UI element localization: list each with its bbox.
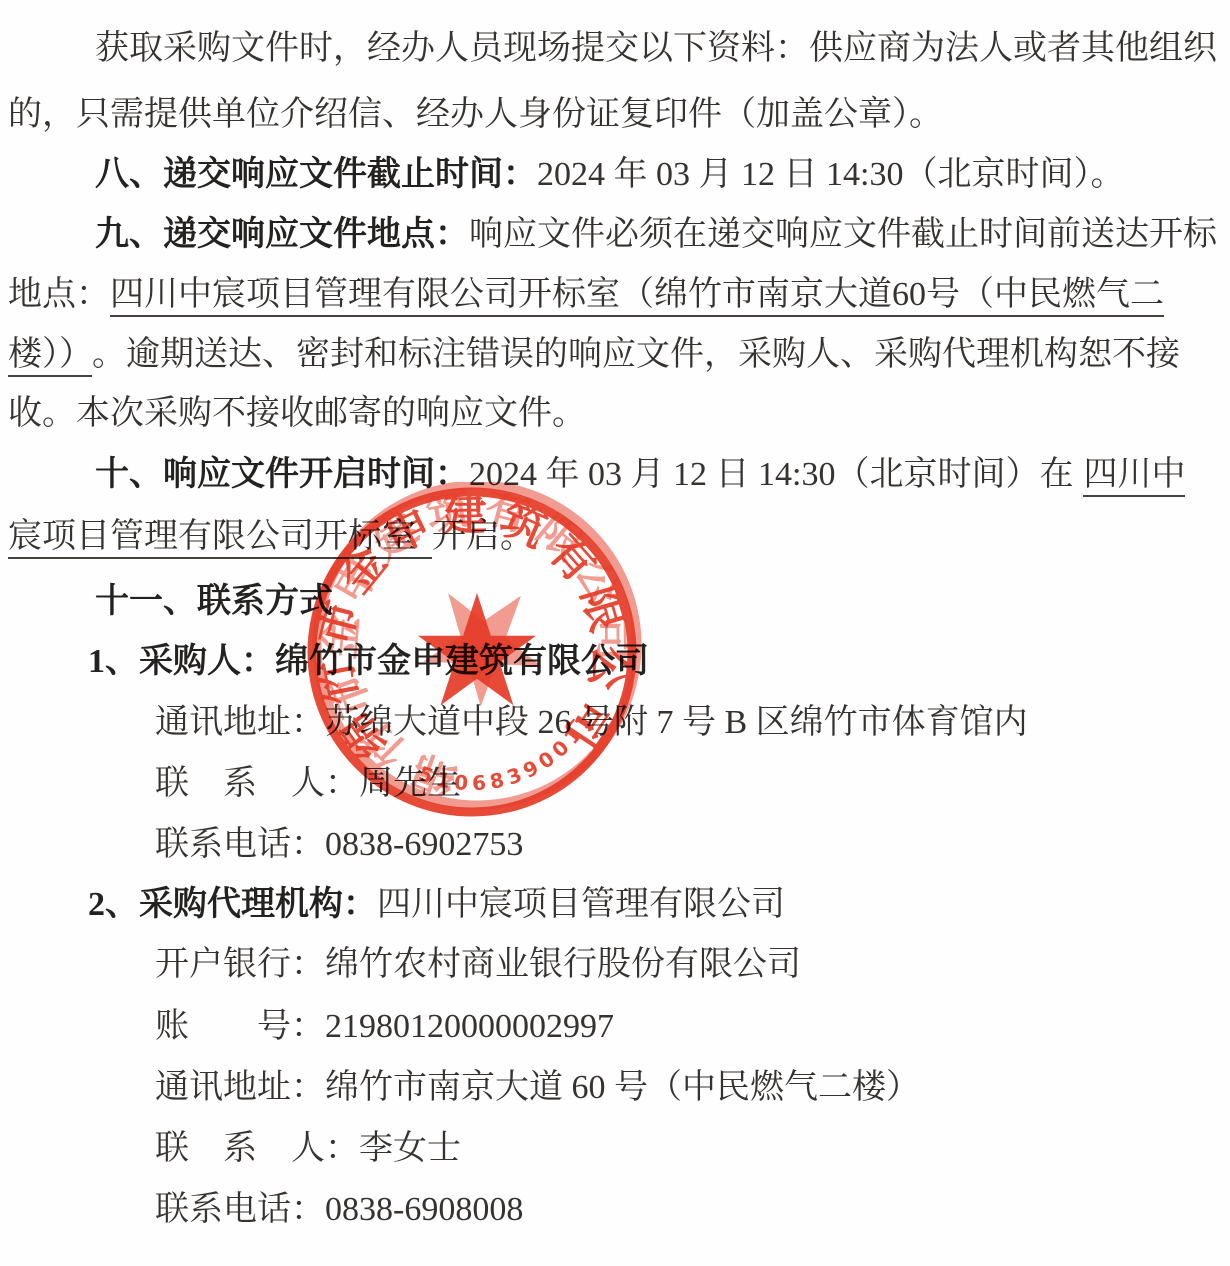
section-9-line2: 地点：四川中宸项目管理有限公司开标室（绵竹市南京大道60号（中民燃气二: [8, 272, 1164, 318]
body-text: 响应文件必须在递交响应文件截止时间前送达开标: [469, 216, 1217, 253]
buyer-phone-line: 联系电话：0838-6902753: [155, 822, 523, 868]
agency-line: 2、采购代理机构：四川中宸项目管理有限公司: [88, 882, 785, 928]
section-9-heading: 九、递交响应文件地点：: [95, 216, 469, 253]
body-text: 地点：: [8, 276, 110, 313]
company-seal-stamp: 绵竹市金申建筑有限公司 绵竹市金申建筑有限公司 5106839001150: [302, 482, 642, 822]
agency-contact-line: 联 系 人：李女士: [155, 1126, 461, 1172]
agency-phone: 0838-6908008: [325, 1191, 523, 1228]
agency-account-line: 账 号：21980120000002997: [155, 1004, 614, 1050]
agency-address: 绵竹市南京大道 60 号（中民燃气二楼）: [325, 1069, 920, 1106]
agency-account-number: 21980120000002997: [325, 1008, 614, 1045]
section-8-heading: 八、递交响应文件截止时间：: [95, 156, 537, 193]
section-11-heading-line: 十一、联系方式: [95, 579, 333, 625]
section-9-line3: 楼））。逾期送达、密封和标注错误的响应文件，采购人、采购代理机构恕不接: [8, 332, 1180, 378]
agency-address-line: 通讯地址：绵竹市南京大道 60 号（中民燃气二楼）: [155, 1065, 920, 1111]
section-11-heading: 十一、联系方式: [95, 583, 333, 620]
underlined-open-place: 四川中: [1083, 456, 1185, 497]
body-text: 。逾期送达、密封和标注错误的响应文件，采购人、采购代理机构恕不接: [92, 336, 1180, 373]
field-label: 通讯地址：: [155, 1069, 325, 1106]
body-text: 获取采购文件时，经办人员现场提交以下资料：供应商为法人或者其他组织: [95, 30, 1217, 67]
underlined-address-cont: 楼））: [8, 336, 92, 377]
paragraph-intro-line2: 的，只需提供单位介绍信、经办人身份证复印件（加盖公章）。: [8, 92, 943, 138]
agency-bank-line: 开户银行：绵竹农村商业银行股份有限公司: [155, 942, 801, 988]
section-8-deadline: 八、递交响应文件截止时间：2024 年 03 月 12 日 14:30（北京时间…: [95, 152, 1124, 198]
field-label: 联系电话：: [155, 826, 325, 863]
section-9-line1: 九、递交响应文件地点：响应文件必须在递交响应文件截止时间前送达开标: [95, 212, 1217, 258]
body-text: 的，只需提供单位介绍信、经办人身份证复印件（加盖公章）。: [8, 96, 943, 133]
buyer-phone: 0838-6902753: [325, 826, 523, 863]
field-label: 账 号：: [155, 1008, 325, 1045]
field-label: 通讯地址：: [155, 704, 325, 741]
underlined-address: 四川中宸项目管理有限公司开标室（绵竹市南京大道60号（中民燃气二: [110, 276, 1164, 317]
agency-phone-line: 联系电话：0838-6908008: [155, 1187, 523, 1233]
agency-name: 四川中宸项目管理有限公司: [377, 886, 785, 923]
field-label: 联系电话：: [155, 1191, 325, 1228]
agency-label: 2、采购代理机构：: [88, 886, 377, 923]
field-label: 联 系 人：: [155, 1130, 359, 1167]
field-label: 开户银行：: [155, 946, 325, 983]
agency-contact: 李女士: [359, 1130, 461, 1167]
scanned-page: 获取采购文件时，经办人员现场提交以下资料：供应商为法人或者其他组织 的，只需提供…: [0, 0, 1230, 1266]
buyer-label: 1、采购人：: [88, 643, 275, 680]
section-9-line4: 收。本次采购不接收邮寄的响应文件。: [8, 391, 586, 437]
paragraph-intro-line1: 获取采购文件时，经办人员现场提交以下资料：供应商为法人或者其他组织: [95, 26, 1217, 72]
agency-bank: 绵竹农村商业银行股份有限公司: [325, 946, 801, 983]
section-8-value: 2024 年 03 月 12 日 14:30（北京时间）。: [537, 156, 1124, 193]
body-text: 收。本次采购不接收邮寄的响应文件。: [8, 395, 586, 432]
